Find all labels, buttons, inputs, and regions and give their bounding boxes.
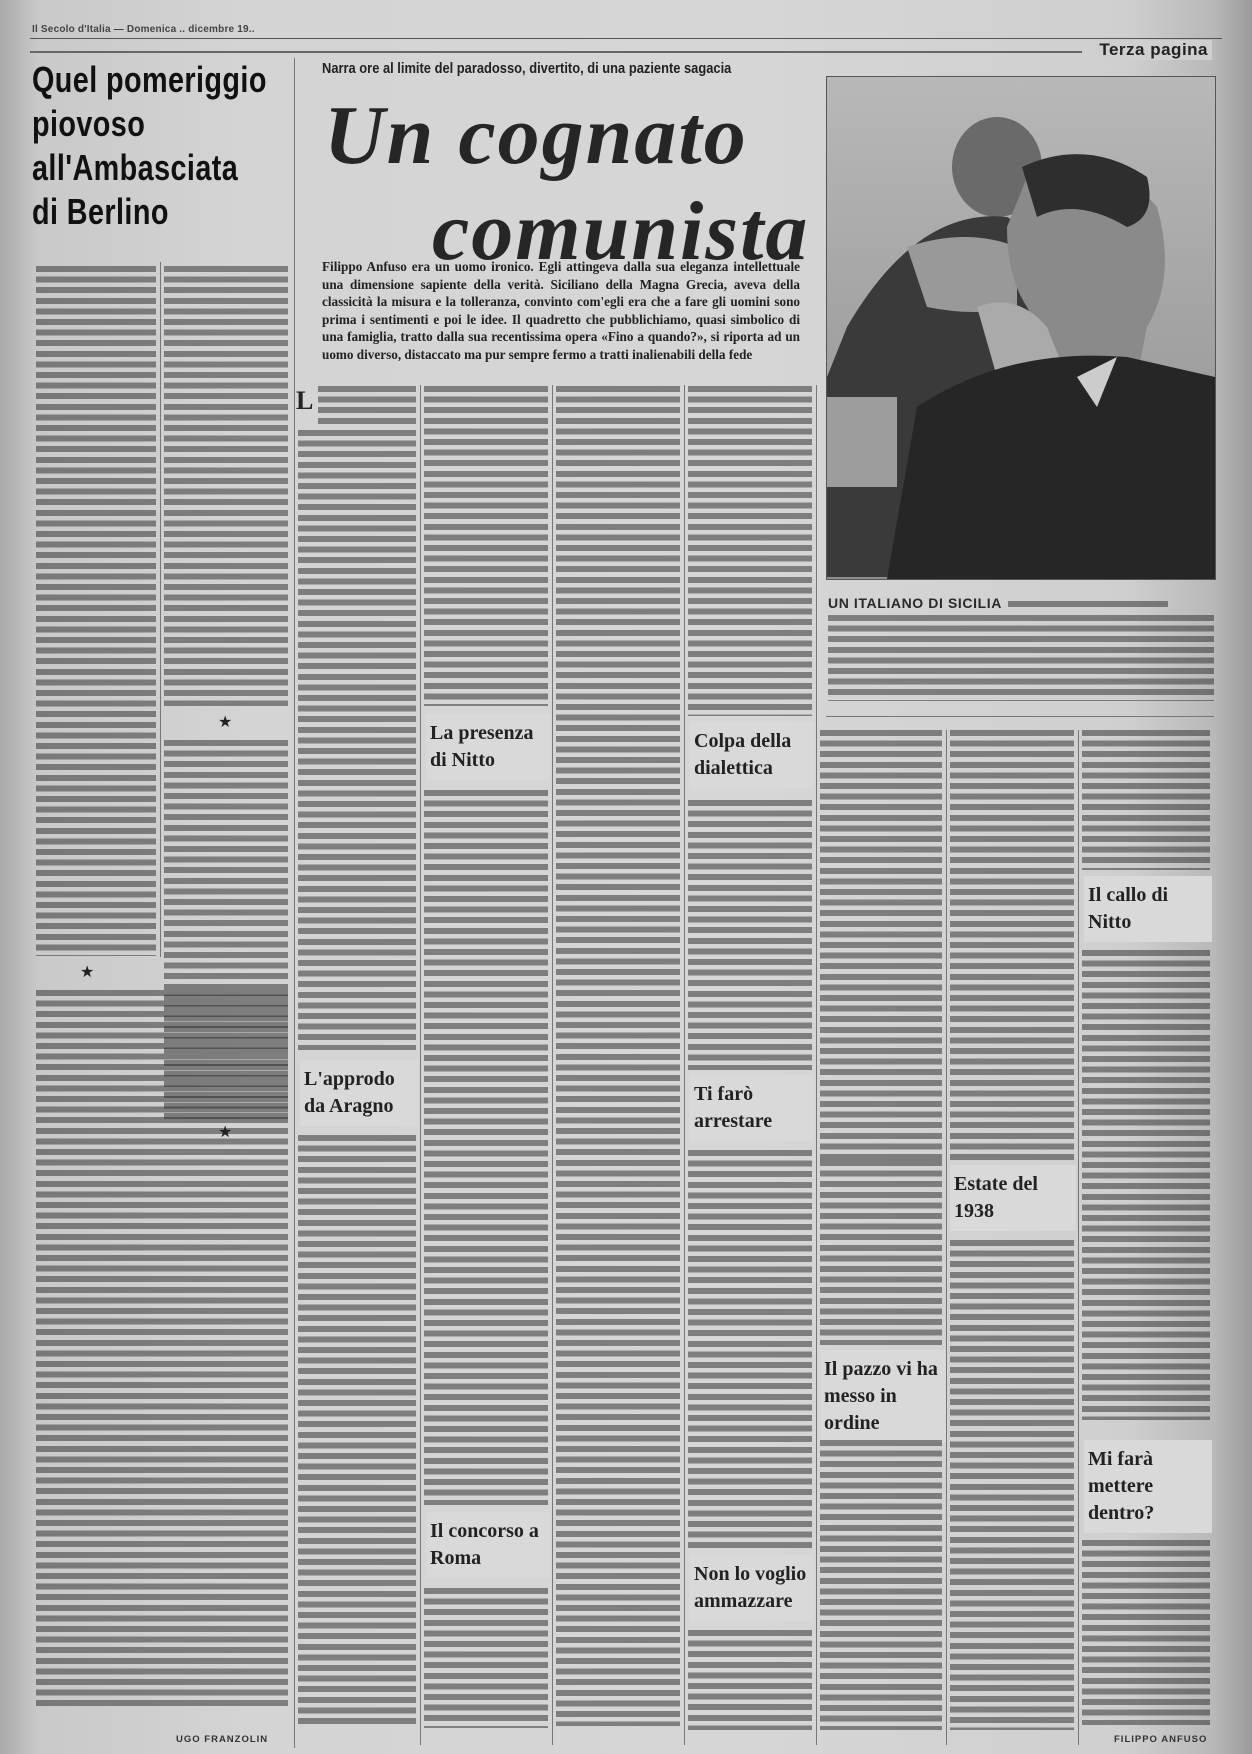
column-rule bbox=[1078, 730, 1079, 1745]
main-article-title: Un cognato comunista bbox=[324, 88, 809, 280]
photo-caption: UN ITALIANO DI SICILIA bbox=[828, 598, 1214, 701]
left-article-column-2 bbox=[164, 266, 288, 706]
page-folio: Il Secolo d'Italia — Domenica .. dicembr… bbox=[32, 24, 255, 35]
main-column-4-bottom bbox=[688, 1630, 812, 1730]
main-column-1 bbox=[298, 430, 416, 1050]
column-rule bbox=[160, 262, 161, 957]
subhead-arrestare: Ti farò arrestare bbox=[690, 1075, 814, 1141]
column-rule bbox=[684, 385, 685, 1745]
subhead-mettere-dentro: Mi farà mettere dentro? bbox=[1084, 1440, 1212, 1533]
main-column-2 bbox=[424, 386, 548, 706]
caption-text bbox=[1008, 601, 1168, 611]
main-column-2-lower bbox=[424, 1588, 548, 1728]
column-rule bbox=[946, 730, 947, 1745]
column-rule bbox=[816, 385, 817, 1745]
star-separator-icon: ★ bbox=[218, 712, 232, 732]
column-rule bbox=[294, 58, 295, 1748]
top-rule bbox=[30, 38, 1222, 39]
section-label: Terza pagina bbox=[1095, 40, 1212, 60]
main-column-5-mid bbox=[820, 1160, 942, 1345]
top-rule-thick bbox=[30, 51, 1082, 53]
caption-rule bbox=[826, 716, 1214, 717]
main-column-1-lower bbox=[298, 1135, 416, 1725]
portrait-photo-illustration bbox=[827, 77, 1215, 579]
left-article-column-1 bbox=[36, 266, 156, 956]
caption-lead: UN ITALIANO DI SICILIA bbox=[828, 595, 1002, 611]
main-article-kicker: Narra ore al limite del paradosso, diver… bbox=[322, 60, 731, 77]
main-article-standfirst: Filippo Anfuso era un uomo ironico. Egli… bbox=[322, 258, 800, 364]
main-column-4 bbox=[688, 386, 812, 716]
main-column-4-lower bbox=[688, 1150, 812, 1550]
main-column-4-mid bbox=[688, 800, 812, 1070]
main-column-7 bbox=[1082, 730, 1210, 870]
main-column-1a bbox=[318, 386, 416, 428]
column-rule bbox=[552, 385, 553, 1745]
subhead-estate: Estate del 1938 bbox=[950, 1165, 1076, 1231]
left-article-byline: UGO FRANZOLIN bbox=[176, 1734, 268, 1745]
main-column-5 bbox=[820, 730, 942, 1160]
main-column-3 bbox=[556, 386, 680, 1726]
column-rule bbox=[420, 385, 421, 1745]
main-column-6 bbox=[950, 730, 1074, 1160]
subhead-callo: Il callo di Nitto bbox=[1084, 876, 1212, 942]
subhead-colpa: Colpa della dialettica bbox=[690, 722, 814, 788]
star-separator-icon: ★ bbox=[218, 1122, 232, 1142]
subhead-pazzo: Il pazzo vi ha messo in ordine bbox=[820, 1350, 946, 1443]
subhead-concorso: Il concorso a Roma bbox=[426, 1512, 550, 1578]
left-article-column-2c bbox=[164, 1060, 288, 1120]
caption-text-block bbox=[828, 615, 1214, 701]
subhead-approdo: L'approdo da Aragno bbox=[300, 1060, 418, 1126]
article-photo bbox=[826, 76, 1216, 580]
subhead-presenza: La presenza di Nitto bbox=[426, 714, 550, 780]
left-article-headline: Quel pomeriggio piovoso all'Ambasciata d… bbox=[32, 58, 232, 234]
star-separator-icon: ★ bbox=[80, 962, 94, 982]
subhead-ammazzare: Non lo voglio ammazzare bbox=[690, 1555, 814, 1621]
main-column-7-mid bbox=[1082, 950, 1210, 1420]
main-column-6-lower bbox=[950, 1240, 1074, 1730]
main-column-5-lower bbox=[820, 1440, 942, 1730]
newspaper-page: Il Secolo d'Italia — Domenica .. dicembr… bbox=[0, 0, 1252, 1754]
main-column-7-lower bbox=[1082, 1540, 1210, 1725]
main-column-2-mid bbox=[424, 790, 548, 1505]
main-article-byline: FILIPPO ANFUSO bbox=[1114, 1734, 1207, 1745]
dropcap: L bbox=[296, 386, 313, 416]
